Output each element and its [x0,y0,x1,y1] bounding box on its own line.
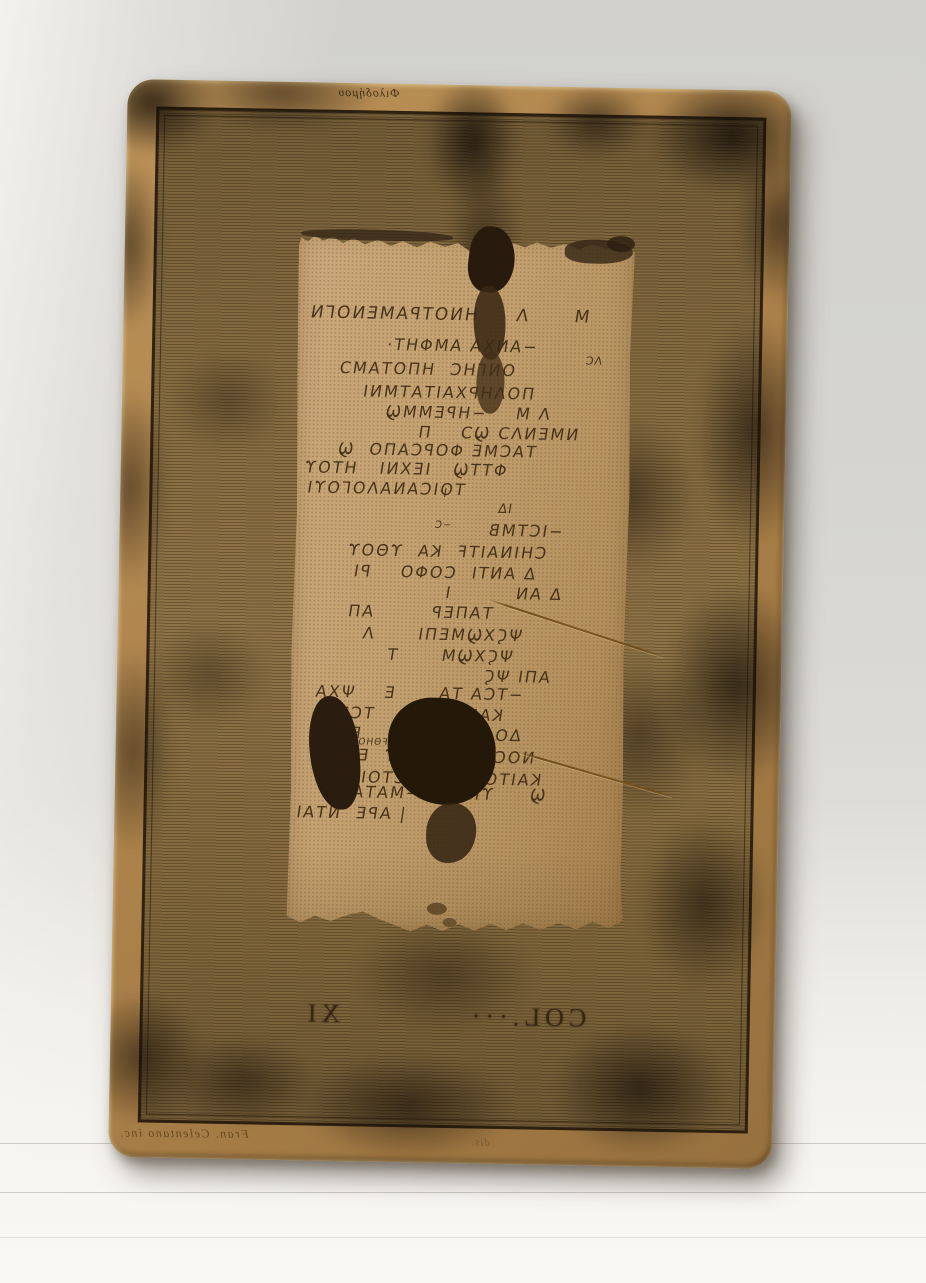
engraver-signature: Fran. Celentano inc. [119,1126,249,1142]
caption-col-xi: COL.··· XI [303,998,587,1033]
shelf-line [0,1192,926,1193]
photo-of-engraved-plate: Μ Λ ΗΝΟΤΡΑΜΕΝΟΓΝ−ΑΝΧΑ ΑΜΦΗΤ·ΟΝΓΗϹ ΗΠΟΤΑΜ… [0,0,926,1283]
draughtsman-signature: dis. [470,1136,490,1148]
copper-plate: Μ Λ ΗΝΟΤΡΑΜΕΝΟΓΝ−ΑΝΧΑ ΑΜΦΗΤ·ΟΝΓΗϹ ΗΠΟΤΑΜ… [108,79,792,1169]
engraved-text-line: −ΙϹΤΜΒ [485,523,563,540]
engraved-text-line: Λ Μ −ΗΡΕΜΜϢ [383,404,551,423]
engraved-text-line: ΙΔ [496,503,513,516]
engraved-text-line: ΦΤΤϢ ΙΕΧΝΙ ΗΤΟϒ [302,459,508,479]
engraved-text-layer: Μ Λ ΗΝΟΤΡΑΜΕΝΟΓΝ−ΑΝΧΑ ΑΜΦΗΤ·ΟΝΓΗϹ ΗΠΟΤΑΜ… [128,79,792,91]
engraved-text-line: −ΑΝΧΑ ΑΜΦΗΤ· [384,337,538,356]
engraved-text-line: ΑΠΙ ΨϚ [481,669,551,686]
handwritten-label: Φιλοδήμου [338,85,400,101]
engraved-text-line: ΠΟΛΗΡΧΑΙΤΑΤΜΝΙ [360,383,535,402]
engraved-text-line: ΟΝΓΗϹ ΗΠΟΤΑΜƆ [336,360,516,379]
engraved-text-line: −ΤϹΑ ΤΑ Ε ΨΧΑ [312,684,523,704]
engraved-text-line: ΛϹ [584,355,603,366]
engraved-text-line: | ΑΡΕ ΝΤΑΙ [293,804,406,822]
engraved-text-line: ϹΗΙΝΑΙΤϜ ΚΑ ϒΘΟϒ [345,542,547,562]
engraved-text-line: Δ ΑΝ Ι [442,585,562,603]
engraved-text-line: ΚΑΙΤΑ Μ ΤϹƆ [334,705,504,724]
engraved-text-line: Ϣ ϒΠΟΔΕΙ−ΜΑΤΑΘΑ [322,784,547,804]
shelf-line [0,1237,926,1238]
engraved-text-line: ΨϚΧϢΜ Τ [384,647,513,665]
engraved-text-line: ΝΟϹΤΑΖΑΡΑ Οϒ ΕΤΙΕ [324,747,535,767]
engraved-text-line: Δ ΑΝΤΙ ϹΟΦΟ ΡΙ [351,563,537,582]
engraved-text-line: −Ϲ [433,521,452,531]
engraved-text-line: ΨϚΧϢΜΕΠΙ Λ [360,625,524,644]
engraved-text-line: ΤΑΠΕΡ ΑΠ [345,603,494,622]
